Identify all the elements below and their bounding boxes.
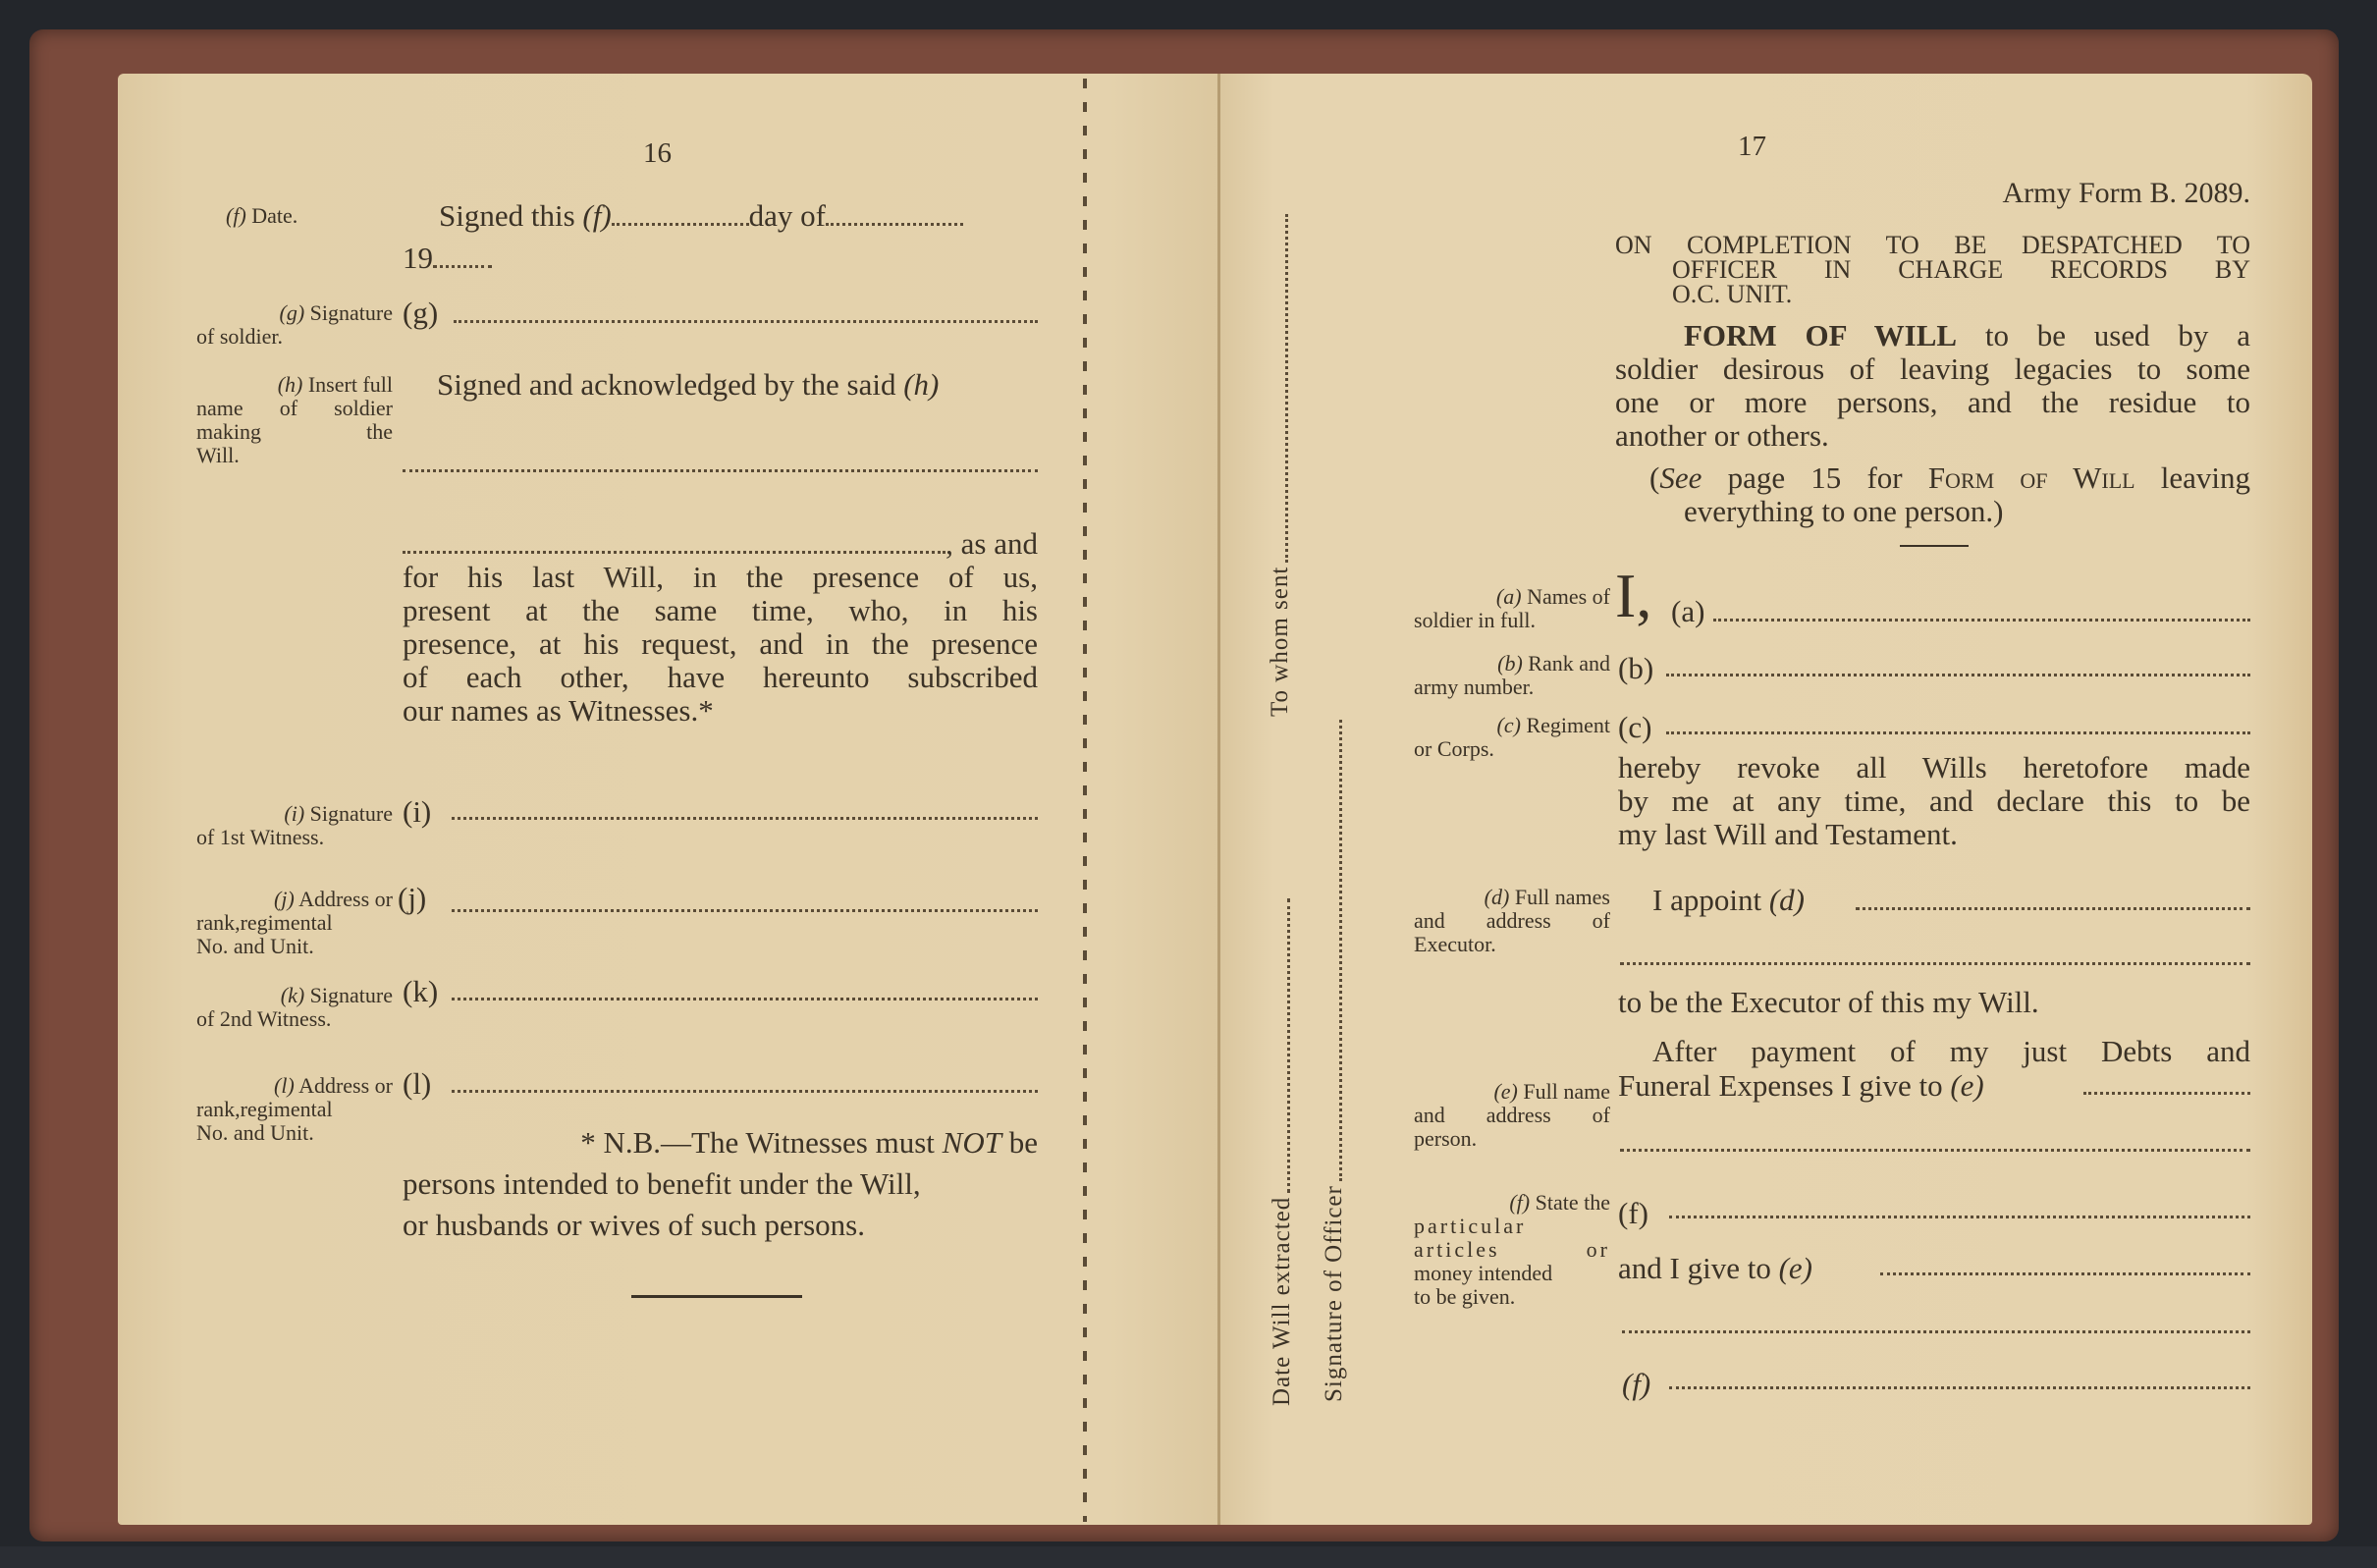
form-number: Army Form B. 2089. (1924, 177, 2250, 210)
ref-k: (k) (403, 975, 438, 1008)
revocation-clause: hereby revoke all Wills heretofore made … (1618, 751, 2250, 851)
ref-i: (i) (403, 795, 431, 829)
perforation-line (1083, 79, 1087, 1522)
beneficiary-address-field[interactable] (1620, 1149, 2250, 1152)
page-number: 17 (1738, 131, 1766, 163)
signed-acknowledged-line: Signed and acknowledged by the said (h) (437, 368, 1038, 402)
page-number: 16 (643, 137, 672, 170)
background-surface (0, 1546, 2377, 1568)
date-will-extracted-field: Date Will extracted (1269, 898, 1296, 1406)
ref-j: (j) (398, 882, 426, 915)
not-emphasis: NOT (943, 1125, 1001, 1160)
attestation-paragraph: , as and for his last Will, in the prese… (403, 527, 1038, 728)
ref-l: (l) (403, 1067, 431, 1101)
dispatch-instruction: ON COMPLETION TO BE DESPATCHED TO OFFICE… (1615, 233, 2250, 306)
label-regiment: (c) Regiment or Corps. (1414, 714, 1610, 761)
second-witness-address-field[interactable] (452, 1090, 1038, 1093)
month-field[interactable] (826, 223, 963, 226)
left-page (118, 74, 1219, 1525)
label-insert-full-name: (h) Insert full name of soldier making t… (196, 373, 393, 467)
second-witness-signature-field[interactable] (452, 998, 1038, 1000)
residue-beneficiary-field[interactable] (1880, 1272, 2250, 1275)
big-i: I, (1615, 565, 1651, 627)
form-title-intro: FORM OF WILL to be used by a soldier des… (1615, 319, 2250, 453)
witness-note: * N.B.—The Witnesses must NOT be persons… (403, 1122, 1038, 1246)
to-whom-sent-field: To whom sent (1267, 214, 1294, 717)
label-signature-soldier: (g) Signature of soldier. (196, 301, 393, 349)
soldier-signature-field[interactable] (454, 320, 1038, 323)
see-page-note: (See page 15 for Form of Will leaving ev… (1649, 461, 2250, 528)
ref-f: (f) (1618, 1197, 1648, 1230)
appoint-text: I appoint (d) (1652, 884, 1805, 917)
residue-articles-field[interactable] (1669, 1386, 2250, 1389)
first-witness-signature-field[interactable] (452, 817, 1038, 820)
label-executor: (d) Full names and address of Executor. (1414, 886, 1610, 956)
executor-name-field[interactable] (1856, 907, 2250, 910)
signature-officer-field: Signature of Officer (1321, 720, 1348, 1402)
soldier-full-name-field[interactable] (403, 469, 1038, 472)
executor-clause: to be the Executor of this my Will. (1618, 986, 2039, 1019)
label-names-of-soldier: (a) Names of soldier in full. (1414, 585, 1610, 632)
date-will-extracted-input[interactable] (1287, 898, 1290, 1193)
residue-clause: and I give to (e) (1618, 1252, 1812, 1285)
label-articles: (f) State the particular articles or mon… (1414, 1191, 1610, 1309)
section-end-rule (631, 1295, 802, 1298)
ref-a: (a) (1671, 595, 1704, 628)
after-payment-clause: After payment of my just Debts and (1652, 1035, 2250, 1068)
final-ref-f: (f) (1622, 1368, 1650, 1401)
residue-address-field[interactable] (1622, 1330, 2250, 1333)
funeral-expenses-text: Funeral Expenses I give to (e) (1618, 1069, 1984, 1103)
to-whom-sent-input[interactable] (1285, 214, 1288, 563)
ref-b: (b) (1618, 652, 1653, 685)
regiment-field[interactable] (1666, 731, 2250, 734)
year-field[interactable] (433, 265, 492, 268)
rank-number-field[interactable] (1666, 674, 2250, 676)
ref-c: (c) (1618, 711, 1651, 744)
label-rank-number: (b) Rank and army number. (1414, 652, 1610, 699)
attestation-name-field[interactable] (403, 551, 945, 554)
first-witness-address-field[interactable] (452, 909, 1038, 912)
label-date: (f) Date. (226, 204, 403, 228)
ref-g: (g) (403, 297, 438, 330)
label-signature-1st-witness: (i) Signature of 1st Witness. (196, 802, 393, 849)
form-title: FORM OF WILL (1684, 318, 1957, 352)
executor-address-field[interactable] (1620, 962, 2250, 965)
label-beneficiary: (e) Full name and address of person. (1414, 1080, 1610, 1151)
label-address-2nd-witness: (l) Address or rank,regimental No. and U… (196, 1074, 393, 1145)
day-field[interactable] (612, 223, 749, 226)
year-line: 19 (403, 242, 492, 275)
signature-officer-input[interactable] (1339, 720, 1342, 1181)
label-signature-2nd-witness: (k) Signature of 2nd Witness. (196, 984, 393, 1031)
soldier-name-field[interactable] (1713, 619, 2250, 622)
beneficiary-name-field[interactable] (2083, 1092, 2250, 1095)
book-spine-fold (1217, 74, 1220, 1525)
signed-this-line: Signed this (f)day of (439, 199, 1038, 233)
articles-field[interactable] (1669, 1216, 2250, 1218)
divider-rule (1900, 545, 1969, 547)
label-address-1st-witness: (j) Address or rank,regimental No. and U… (196, 888, 393, 958)
